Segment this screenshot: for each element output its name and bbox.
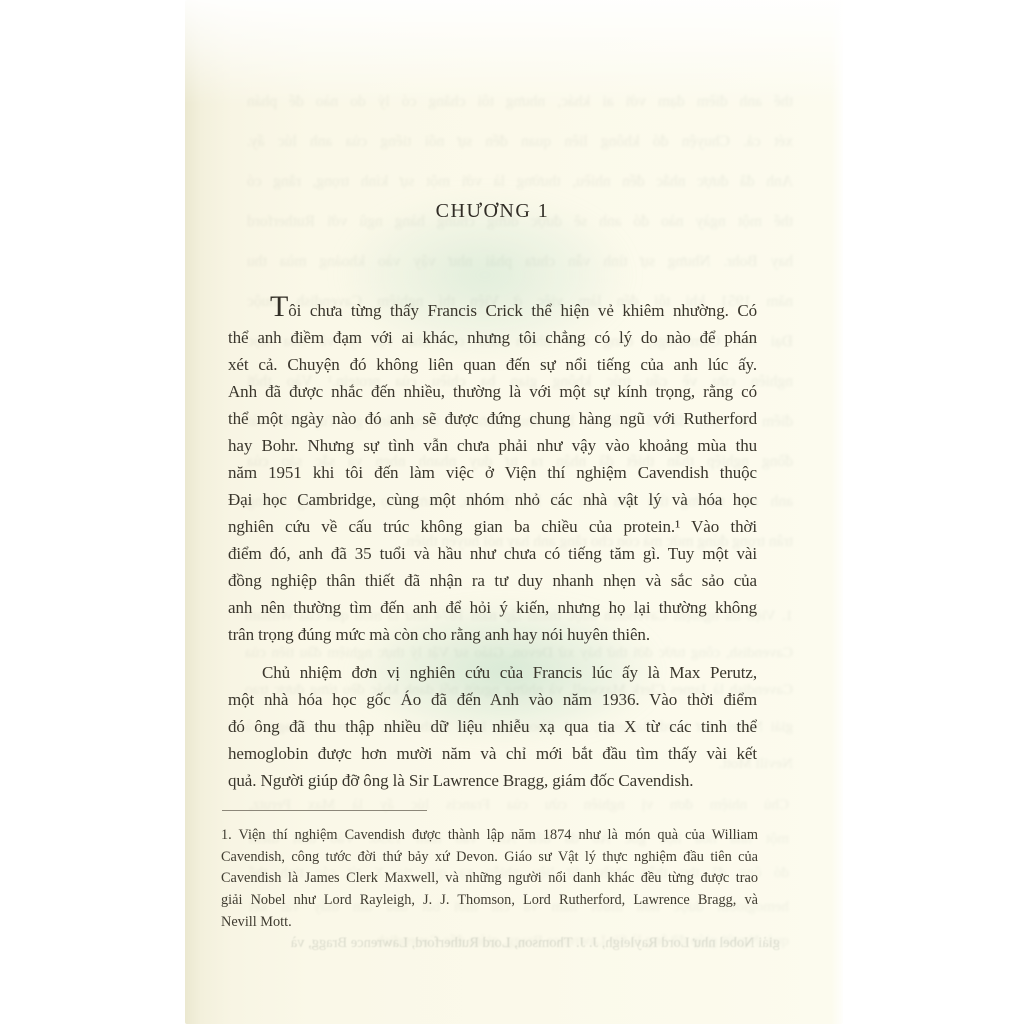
text-line: thể một ngày nào đó anh sẽ được đứng chu… [228,405,757,432]
footnote-separator [222,810,427,811]
text-line: Nevill Mott. [221,912,758,934]
showthrough-line: giải Nobel như Lord Rayleigh, J. J. Thom… [240,933,780,953]
text-line: xét cả. Chuyện đó không liên quan đến sự… [247,122,793,162]
text-line-rest: ôi chưa từng thấy Francis Crick thể hiện… [288,301,757,320]
text-line: hay Bohr. Nhưng sự tình vẫn chưa phải nh… [228,432,757,459]
text-line: giải Nobel như Lord Rayleigh, J. J. Thom… [221,890,758,912]
chapter-heading: CHƯƠNG 1 [228,200,757,223]
text-line: quả. Người giúp đỡ ông là Sir Lawrence B… [228,767,757,794]
footnote: 1. Viện thí nghiệm Cavendish được thành … [221,825,758,934]
text-line: Tôi chưa từng thấy Francis Crick thể hiệ… [228,293,757,324]
page-edge [831,0,843,1024]
text-line: Anh đã được nhắc đến nhiều, thường là vớ… [228,378,757,405]
text-line: Cavendish, công tước đời thứ bảy xứ Devo… [221,847,758,869]
text-line: Chủ nhiệm đơn vị nghiên cứu của Francis … [228,659,757,686]
book-page: thể anh điềm đạm với ai khác, nhưng tôi … [185,0,843,1024]
text-line: hemoglobin được hơn mười năm và chỉ mới … [228,740,757,767]
text-line: đồng nghiệp thân thiết đã nhận ra tư duy… [228,567,757,594]
text-line: nghiên cứu về cấu trúc không gian ba chi… [228,513,757,540]
text-line: Anh đã được nhắc đến nhiều, thường là vớ… [247,162,793,202]
drop-cap: T [270,290,288,323]
text-line: xét cả. Chuyện đó không liên quan đến sự… [228,351,757,378]
text-line: Đại học Cambridge, cùng một nhóm nhỏ các… [228,486,757,513]
text-line: anh nên thường tìm đến anh để hỏi ý kiến… [228,594,757,621]
text-line: hay Bohr. Nhưng sự tình vẫn chưa phải nh… [247,242,793,282]
text-line: đó ông đã thu thập nhiều dữ liệu nhiễu x… [228,713,757,740]
text-line: năm 1951 khi tôi đến làm việc ở Viện thí… [228,459,757,486]
text-line: 1. Viện thí nghiệm Cavendish được thành … [221,825,758,847]
paragraph-lines: thể anh điềm đạm với ai khác, nhưng tôi … [228,324,757,648]
text-line: Cavendish là James Clerk Maxwell, và nhữ… [221,868,758,890]
paragraph-2: Chủ nhiệm đơn vị nghiên cứu của Francis … [228,659,757,794]
text-line: điểm đó, anh đã 35 tuổi và hầu như chưa … [228,540,757,567]
text-line: trân trọng đúng mức mà còn cho rằng anh … [228,621,757,648]
paragraph-1: Tôi chưa từng thấy Francis Crick thể hiệ… [228,293,757,648]
text-line: một nhà hóa học gốc Áo đã đến Anh vào nă… [228,686,757,713]
text-line: thể anh điềm đạm với ai khác, nhưng tôi … [228,324,757,351]
scan-glare [185,0,843,105]
